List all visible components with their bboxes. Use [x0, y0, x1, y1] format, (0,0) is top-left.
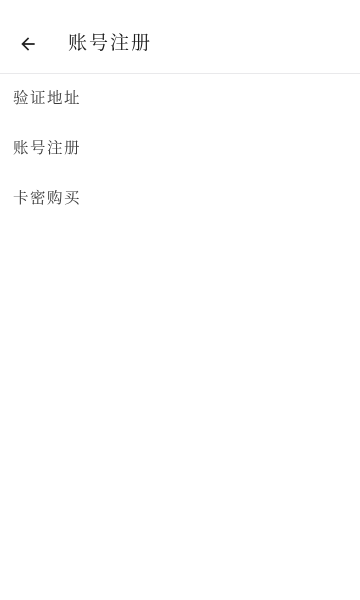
menu-item-card-purchase[interactable]: 卡密购买: [0, 174, 360, 224]
menu-item-account-register[interactable]: 账号注册: [0, 124, 360, 174]
menu-item-label: 账号注册: [13, 141, 81, 157]
menu-item-label: 卡密购买: [13, 191, 81, 207]
account-register-screen: 账号注册 验证地址 账号注册 卡密购买: [0, 0, 360, 600]
menu-item-label: 验证地址: [13, 91, 81, 107]
menu-item-verify-address[interactable]: 验证地址: [0, 74, 360, 124]
arrow-left-icon: [18, 34, 38, 54]
app-bar: 账号注册: [0, 0, 360, 74]
menu-list: 验证地址 账号注册 卡密购买: [0, 74, 360, 600]
back-button[interactable]: [16, 32, 40, 56]
page-title: 账号注册: [68, 34, 152, 53]
